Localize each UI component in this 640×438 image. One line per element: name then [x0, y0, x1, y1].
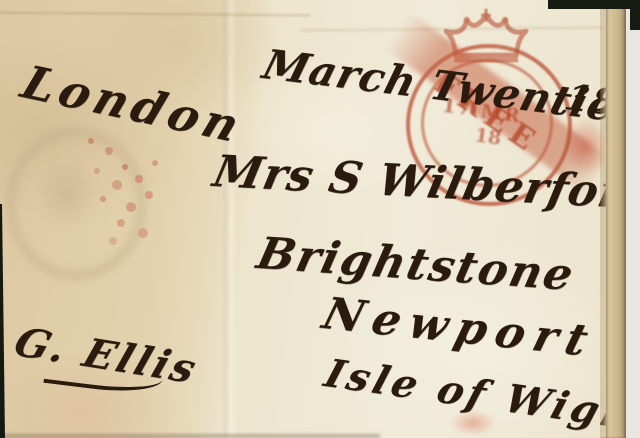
- paper-bottom-shadow: [0, 434, 380, 438]
- letter-photo: FREE 17 MR 18 London March Twentieth 18 …: [0, 0, 640, 438]
- dark-background-top: [548, 0, 640, 9]
- white-backing-strip: [626, 0, 640, 438]
- paper-folded-right-edge: [600, 0, 626, 438]
- dark-background-corner: [630, 0, 640, 30]
- handwriting-village: Brightstone: [252, 228, 579, 300]
- red-ink-speckles: [88, 138, 94, 144]
- ghost-postmark-core: [30, 152, 104, 238]
- horizontal-crease-left: [0, 12, 310, 17]
- vertical-fold-crease: [224, 0, 236, 438]
- letter-paper: FREE 17 MR 18 London March Twentieth 18 …: [0, 0, 606, 438]
